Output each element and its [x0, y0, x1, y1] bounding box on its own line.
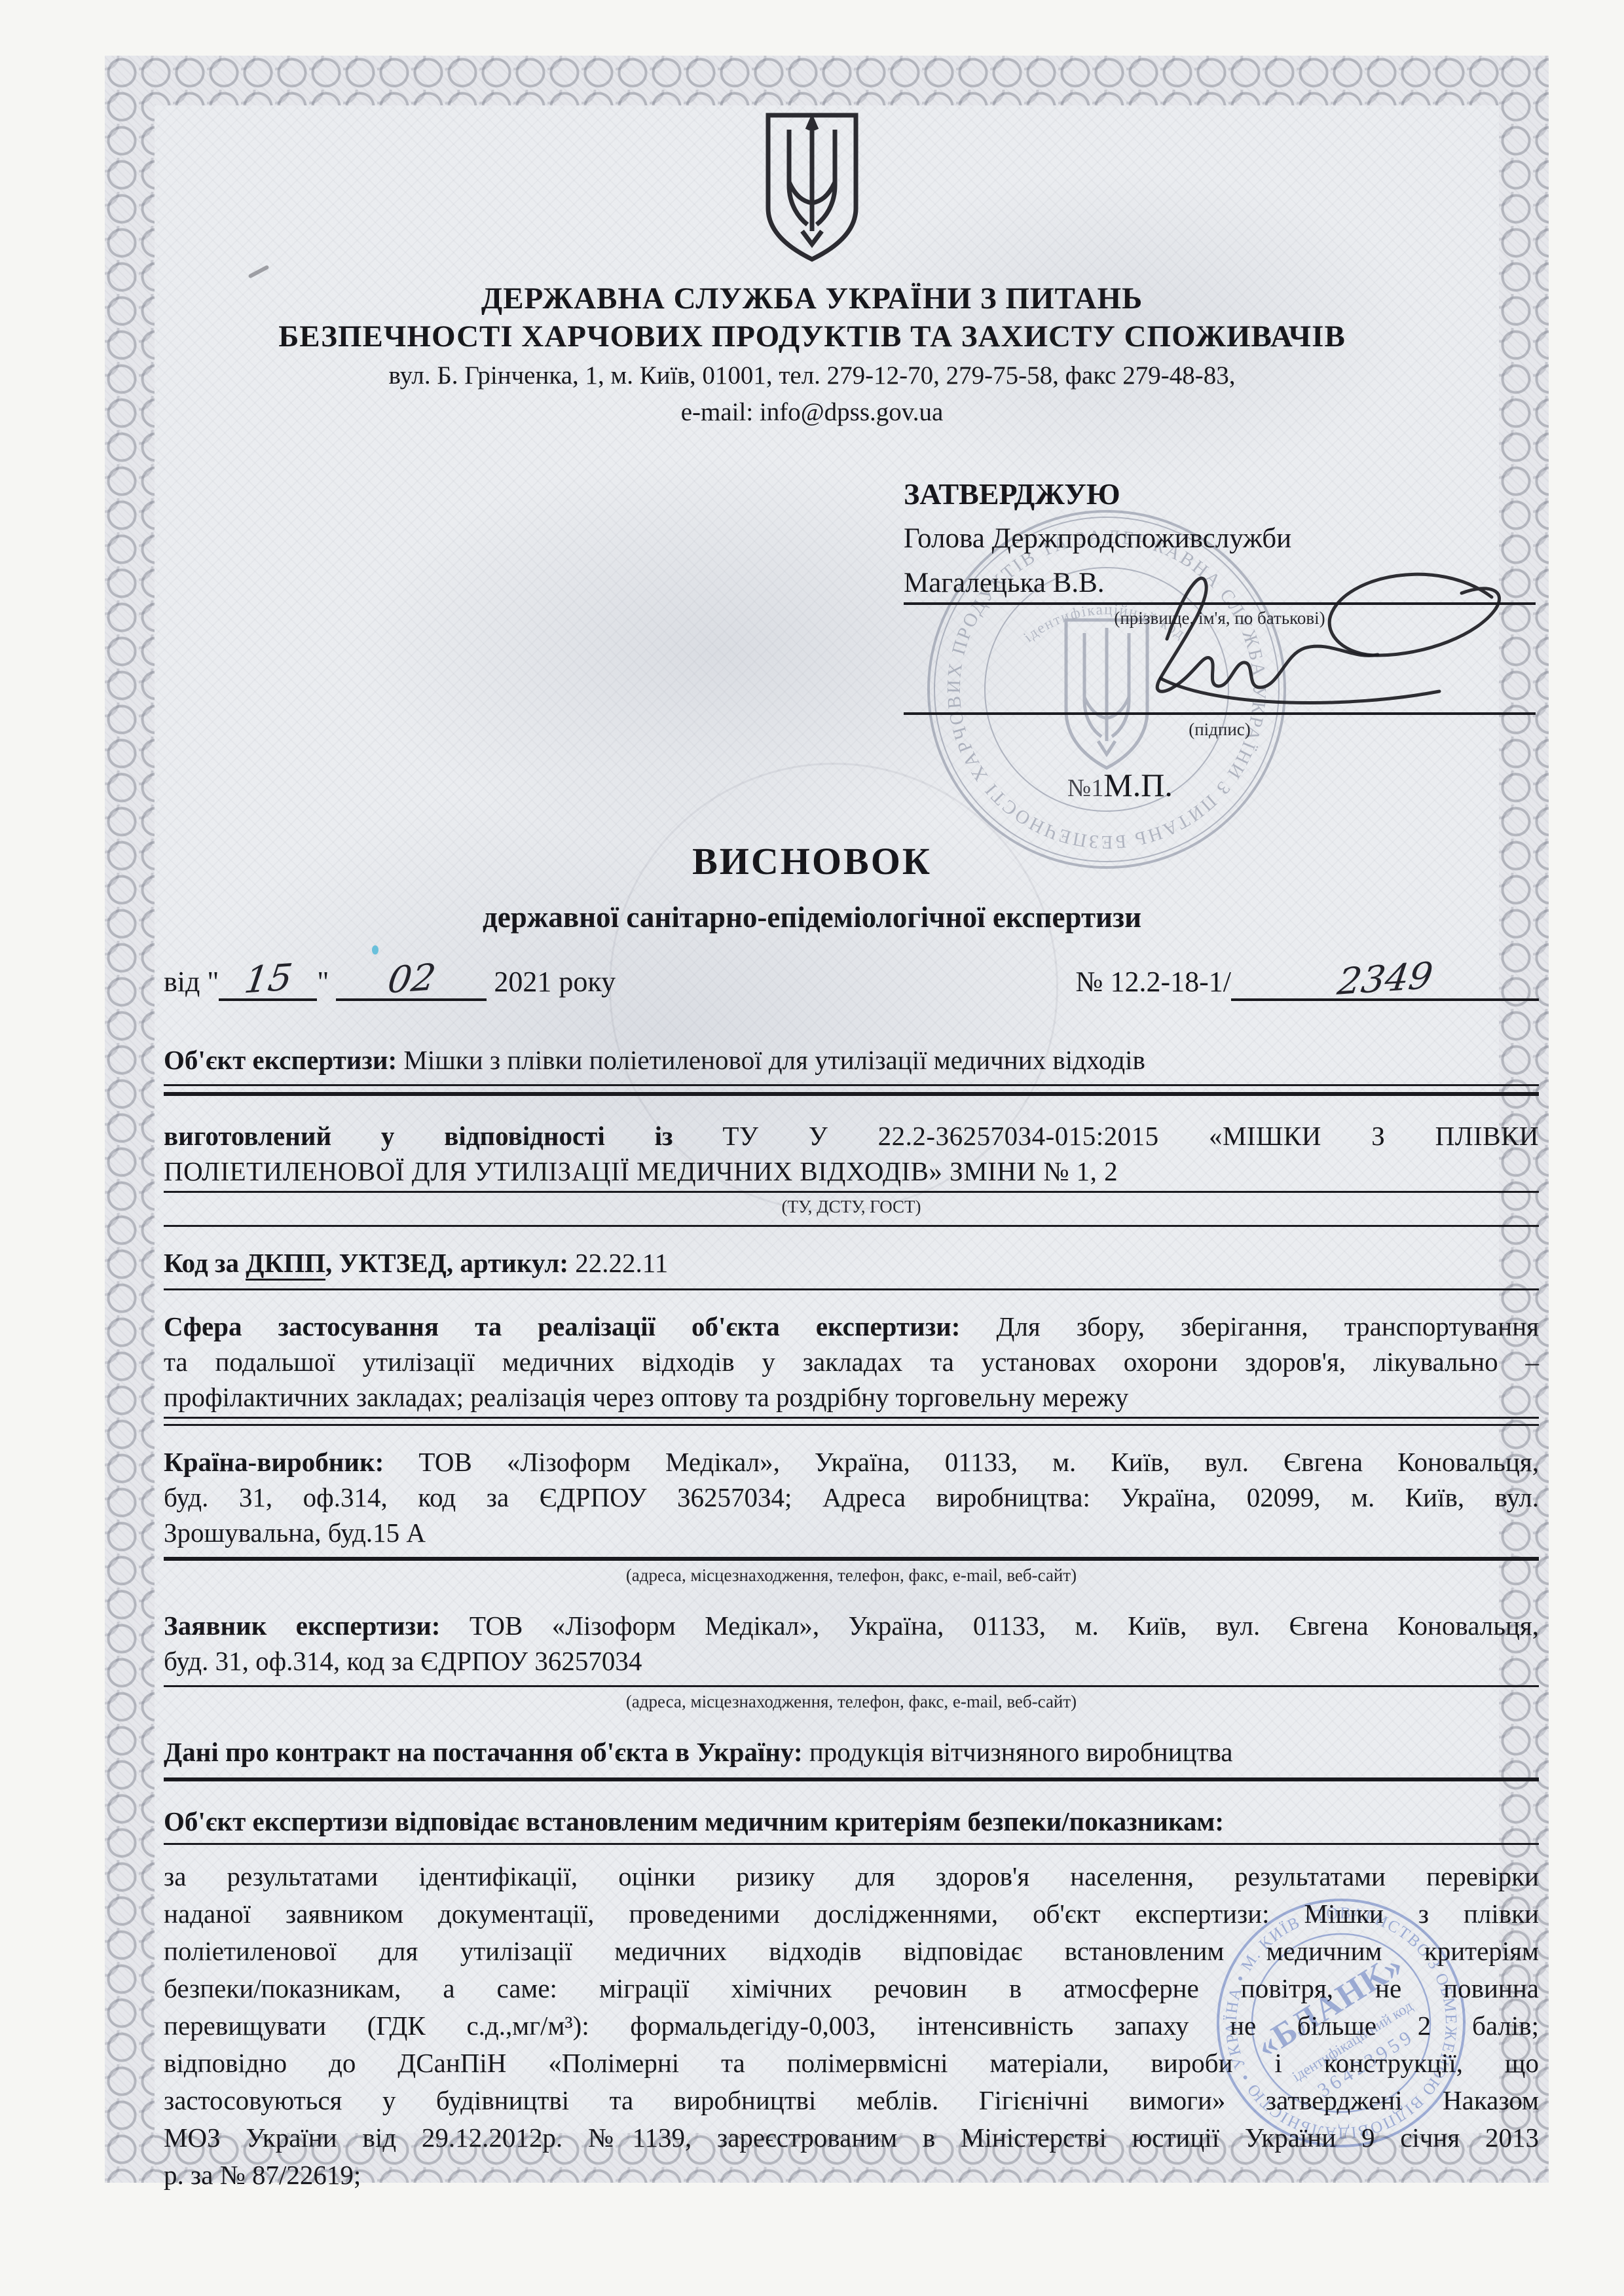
- date-day-field: 15: [219, 961, 317, 1001]
- seal-number: №1: [1067, 774, 1103, 802]
- ink-dot-artifact: [372, 945, 378, 955]
- producer-label: Країна-виробник:: [164, 1447, 384, 1477]
- section-producer: Країна-виробник: ТОВ «Лізоформ Медікал»,…: [164, 1444, 1539, 1608]
- section-made-according-to: виготовлений у відповідності із ТУ У 22.…: [164, 1118, 1539, 1245]
- made-caption: (ТУ, ДСТУ, ГОСТ): [164, 1196, 1539, 1217]
- section-code: Код за ДКПП, УКТЗЕД, артикул: 22.22.11: [164, 1245, 1539, 1309]
- guilloche-border-top: [105, 56, 1549, 105]
- issue-date: від "15" 02 2021 року: [164, 961, 616, 1001]
- applicant-line1-rest: ТОВ «Лізоформ Медікал», Україна, 01133, …: [470, 1611, 1539, 1641]
- date-day-handwritten: 15: [242, 960, 294, 1000]
- applicant-caption: (адреса, місцезнаходження, телефон, факс…: [164, 1691, 1539, 1712]
- producer-caption: (адреса, місцезнаходження, телефон, факс…: [164, 1565, 1539, 1586]
- producer-line1-rest: ТОВ «Лізоформ Медікал», Україна, 01133, …: [418, 1447, 1539, 1477]
- producer-line2: буд. 31, оф.314, код за ЄДРПОУ 36257034;…: [164, 1480, 1539, 1515]
- issue-number: № 12.2-18-1/2349: [1075, 961, 1539, 1001]
- document-header: ДЕРЖАВНА СЛУЖБА УКРАЇНИ З ПИТАНЬ БЕЗПЕЧН…: [0, 110, 1624, 429]
- made-lead: виготовлений у відповідності із: [164, 1121, 673, 1151]
- divider-heavy: [164, 1557, 1539, 1561]
- org-name-line2: БЕЗПЕЧНОСТІ ХАРЧОВИХ ПРОДУКТІВ ТА ЗАХИСТ…: [0, 318, 1624, 355]
- date-prefix: від ": [164, 966, 219, 998]
- number-label: № 12.2-18-1/: [1075, 966, 1231, 998]
- approve-label: ЗАТВЕРДЖУЮ: [904, 477, 1536, 512]
- blue-stamp-ring-text: ТОВАРИСТВО З ОБМЕЖЕНОЮ ВІДПОВІДАЛЬНІСТЮ …: [1197, 1879, 1485, 2166]
- section-object: Об'єкт експертизи: Мішки з плівки поліет…: [164, 1042, 1539, 1118]
- applicant-line1: Заявник експертизи: ТОВ «Лізоформ Медіка…: [164, 1608, 1539, 1643]
- object-line: Об'єкт експертизи: Мішки з плівки поліет…: [164, 1042, 1539, 1078]
- number-handwritten: 2349: [1335, 958, 1435, 1001]
- object-label: Об'єкт експертизи:: [164, 1045, 397, 1075]
- code-label-underlined: ДКПП: [246, 1248, 325, 1281]
- date-month-handwritten: 02: [385, 960, 437, 1000]
- scope-line1: Сфера застосування та реалізації об'єкта…: [164, 1309, 1539, 1344]
- title-sub: державної санітарно-епідеміологічної екс…: [0, 900, 1624, 934]
- made-line1: виготовлений у відповідності із ТУ У 22.…: [164, 1118, 1539, 1154]
- conclusion-line: р. за № 87/22619;: [164, 2157, 1539, 2194]
- code-label-pre: Код за: [164, 1248, 246, 1278]
- org-name-line1: ДЕРЖАВНА СЛУЖБА УКРАЇНИ З ПИТАНЬ: [0, 280, 1624, 318]
- code-label-post: , УКТЗЕД, артикул:: [325, 1248, 568, 1278]
- object-value: Мішки з плівки поліетиленової для утиліз…: [403, 1045, 1145, 1075]
- issue-row: від "15" 02 2021 року № 12.2-18-1/2349: [164, 961, 1539, 1001]
- scope-label: Сфера застосування та реалізації об'єкта…: [164, 1311, 960, 1341]
- made-line2: ПОЛІЕТИЛЕНОВОЇ ДЛЯ УТИЛІЗАЦІЇ МЕДИЧНИХ В…: [164, 1154, 1539, 1193]
- code-line: Код за ДКПП, УКТЗЕД, артикул: 22.22.11: [164, 1245, 1539, 1281]
- scope-line1-rest: Для збору, зберігання, транспортування: [997, 1311, 1540, 1341]
- seal-place-row: №1М.П.: [1067, 767, 1536, 806]
- svg-text:ТОВАРИСТВО З ОБМЕЖЕНОЮ ВІДПОВІ: ТОВАРИСТВО З ОБМЕЖЕНОЮ ВІДПОВІДАЛЬНІСТЮ …: [1197, 1879, 1485, 2166]
- producer-line3: Зрошувальна, буд.15 А: [164, 1515, 1539, 1550]
- handwritten-signature: [1067, 555, 1539, 732]
- divider: [164, 1084, 1539, 1086]
- section-applicant: Заявник експертизи: ТОВ «Лізоформ Медіка…: [164, 1608, 1539, 1734]
- contract-label: Дані про контракт на постачання об'єкта …: [164, 1737, 803, 1767]
- scanned-certificate-page: ДЕРЖАВНА СЛУЖБА УКРАЇНИ З ПИТАНЬ БЕЗПЕЧН…: [0, 0, 1624, 2296]
- divider: [164, 1685, 1539, 1687]
- section-scope: Сфера застосування та реалізації об'єкта…: [164, 1309, 1539, 1444]
- producer-line1: Країна-виробник: ТОВ «Лізоформ Медікал»,…: [164, 1444, 1539, 1480]
- contract-line: Дані про контракт на постачання об'єкта …: [164, 1734, 1539, 1770]
- section-contract: Дані про контракт на постачання об'єкта …: [164, 1734, 1539, 1804]
- approver-position: Голова Держпродспоживслужби: [904, 521, 1536, 556]
- document-title-block: ВИСНОВОК державної санітарно-епідеміолог…: [0, 839, 1624, 934]
- scope-line3: профілактичних закладах; реалізація чере…: [164, 1379, 1539, 1419]
- code-value: 22.22.11: [575, 1248, 668, 1278]
- ukraine-trident-emblem-icon: [763, 110, 861, 264]
- contract-value: продукція вітчизняного виробництва: [809, 1737, 1233, 1767]
- org-address: вул. Б. Грінченка, 1, м. Київ, 01001, те…: [0, 359, 1624, 392]
- date-quote-close: ": [317, 966, 329, 998]
- number-field: 2349: [1231, 961, 1539, 1001]
- date-year: 2021 року: [494, 966, 616, 998]
- made-line1-rest: ТУ У 22.2-36257034-015:2015 «МІШКИ З ПЛІ…: [722, 1121, 1539, 1151]
- scope-line2: та подальшої утилізації медичних відході…: [164, 1344, 1539, 1379]
- conclusion-heading: Об'єкт експертизи відповідає встановлени…: [164, 1804, 1539, 1845]
- org-email: e-mail: info@dpss.gov.ua: [0, 396, 1624, 429]
- date-month-field: 02: [336, 961, 487, 1001]
- applicant-label: Заявник експертизи:: [164, 1611, 440, 1641]
- seal-place-label: М.П.: [1103, 767, 1173, 803]
- applicant-line2: буд. 31, оф.314, код за ЄДРПОУ 36257034: [164, 1643, 1539, 1679]
- title-main: ВИСНОВОК: [0, 839, 1624, 883]
